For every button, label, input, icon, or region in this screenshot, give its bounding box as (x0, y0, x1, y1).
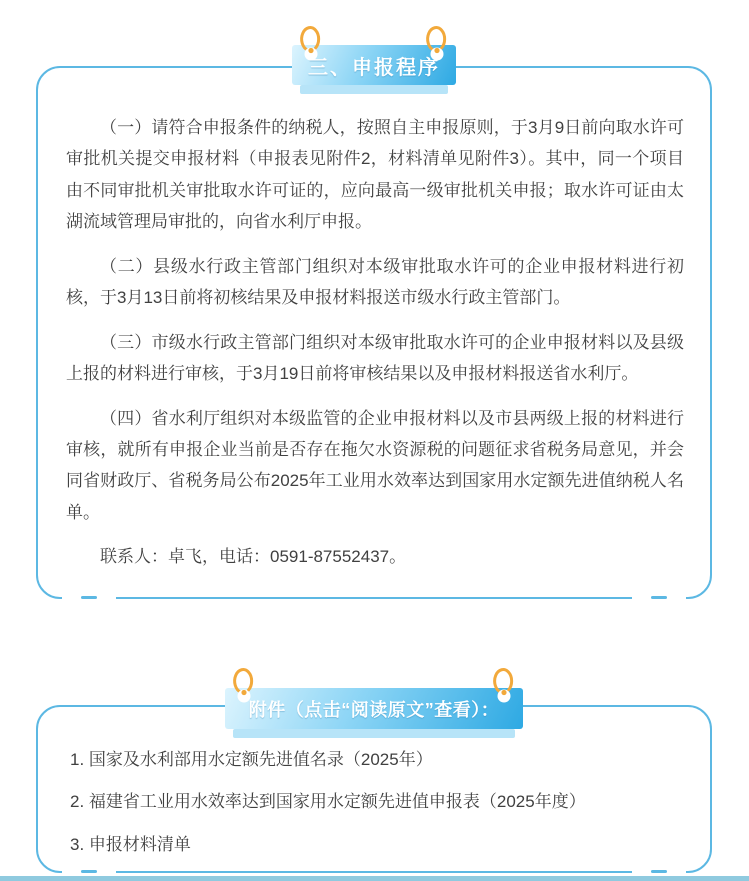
border-dash-right (632, 596, 686, 599)
section2-title: 附件（点击“阅读原文”查看）： (249, 696, 500, 722)
next-section-top-band (0, 876, 749, 881)
pin-icon (491, 666, 517, 708)
pin-icon (298, 24, 324, 66)
contact-line: 联系人：卓飞，电话：0591-87552437。 (66, 541, 684, 572)
paragraph-1: （一）请符合申报条件的纳税人，按照自主申报原则，于3月9日前向取水许可审批机关提… (66, 112, 684, 238)
section-application-procedure: 三、申报程序 （一）请符合申报条件的纳税人，按照自主申报原则，于3月9日前向取水… (36, 66, 712, 599)
paragraph-3: （三）市级水行政主管部门组织对本级审批取水许可的企业申报材料以及县级上报的材料进… (66, 327, 684, 390)
section-attachments: 附件（点击“阅读原文”查看）： 1. 国家及水利部用水定额先进值名录（2025年… (36, 705, 712, 873)
pin-icon (424, 24, 450, 66)
pin-icon (231, 666, 257, 708)
attachment-item: 1. 国家及水利部用水定额先进值名录（2025年） (70, 747, 684, 773)
paragraph-2: （二）县级水行政主管部门组织对本级审批取水许可的企业申报材料进行初核，于3月13… (66, 251, 684, 314)
attachment-item: 3. 申报材料清单 (70, 832, 684, 858)
attachment-item: 2. 福建省工业用水效率达到国家用水定额先进值申报表（2025年度） (70, 789, 684, 815)
section1-title: 三、申报程序 (308, 51, 440, 80)
border-dash-left (62, 870, 116, 873)
section1-header-banner: 三、申报程序 (292, 45, 456, 85)
border-dash-left (62, 596, 116, 599)
border-dash-right (632, 870, 686, 873)
paragraph-4: （四）省水利厅组织对本级监管的企业申报材料以及市县两级上报的材料进行审核，就所有… (66, 403, 684, 529)
section1-body: （一）请符合申报条件的纳税人，按照自主申报原则，于3月9日前向取水许可审批机关提… (38, 68, 710, 573)
section2-header-banner: 附件（点击“阅读原文”查看）： (225, 688, 523, 729)
